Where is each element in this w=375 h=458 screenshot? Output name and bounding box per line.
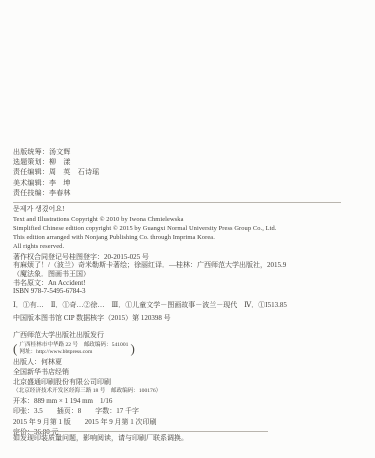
cip-classification: Ⅰ．①有… Ⅱ．①奇…②徐… Ⅲ．①儿童文学－图画故事－波兰－现代 Ⅳ．①I51… bbox=[13, 301, 287, 310]
cip-block: 有麻烦了！/（波兰）奇米勒斯卡著绘；徐丽红译．—桂林：广西师范大学出版社，201… bbox=[13, 261, 287, 323]
copyright-line-simplified-chinese: Simplified Chinese edition copyright © 2… bbox=[13, 224, 276, 233]
cip-isbn: ISBN 978-7-5495-6784-3 bbox=[13, 287, 287, 296]
copyright-line-all-rights-reserved: All rights reserved. bbox=[13, 242, 276, 251]
left-paren: ( bbox=[13, 341, 17, 357]
credit-line-publishing-coordinator: 出版统筹：汤文辉 bbox=[13, 147, 99, 157]
distribution-line: 全国新华书店经销 bbox=[13, 367, 161, 377]
copyright-block: 문제가 생겼어요! Text and Illustrations Copyrig… bbox=[13, 204, 276, 262]
publisher-address-group: ( 广西桂林市中华路 22 号 邮政编码：541001 网址：http://ww… bbox=[13, 341, 161, 357]
printer-line: 北京盛通印刷股份有限公司印刷 bbox=[13, 377, 161, 387]
publisher-website: 网址：http://www.bbtpress.com bbox=[19, 349, 128, 357]
publisher-line: 广西师范大学出版社出版发行 bbox=[13, 330, 161, 340]
sheets-line: 印张：3.5 插页：8 字数：17 千字 bbox=[13, 406, 161, 416]
cip-title-line: 有麻烦了！/（波兰）奇米勒斯卡著绘；徐丽红译．—桂林：广西师范大学出版社，201… bbox=[13, 261, 287, 270]
credits-block: 出版统筹：汤文辉 选题策划：柳 漾 责任编辑：周 英 石诗瑶 美术编辑：李 坤 … bbox=[13, 147, 99, 198]
divider-rule-bottom bbox=[13, 431, 268, 432]
printer-address: （北京经济技术开发区经海三路 18 号 邮政编码：100176） bbox=[13, 387, 161, 396]
copyright-page: 出版统筹：汤文辉 选题策划：柳 漾 责任编辑：周 英 石诗瑶 美术编辑：李 坤 … bbox=[0, 0, 375, 458]
publisher-address: 广西桂林市中华路 22 号 邮政编码：541001 bbox=[19, 342, 128, 350]
publisher-block: 广西师范大学出版社出版发行 ( 广西桂林市中华路 22 号 邮政编码：54100… bbox=[13, 330, 161, 437]
right-paren: ) bbox=[130, 341, 134, 357]
cip-series-line: （魔法象．图画书王国） bbox=[13, 270, 287, 279]
publisher-address-lines: 广西桂林市中华路 22 号 邮政编码：541001 网址：http://www.… bbox=[19, 342, 128, 357]
credit-line-project-planner: 选题策划：柳 漾 bbox=[13, 157, 99, 167]
credit-line-art-editor: 美术编辑：李 坤 bbox=[13, 178, 99, 188]
credit-line-responsible-editor: 责任编辑：周 英 石诗瑶 bbox=[13, 167, 99, 177]
publisher-person: 出版人：何林夏 bbox=[13, 357, 161, 367]
copyright-line-text-illustrations: Text and Illustrations Copyright © 2010 … bbox=[13, 215, 276, 224]
divider-rule-top bbox=[13, 202, 341, 203]
copyright-line-arrangement: This edition arranged with Nonjang Publi… bbox=[13, 233, 276, 242]
credit-line-technical-editor: 责任技编：李春林 bbox=[13, 188, 99, 198]
edition-line: 2015 年 9 月第 1 版 2015 年 9 月第 1 次印刷 bbox=[13, 417, 161, 427]
korean-original-title: 문제가 생겼어요! bbox=[13, 204, 276, 214]
cip-original-title: 书名原文：An Accident! bbox=[13, 279, 287, 288]
format-line: 开本：889 mm × 1 194 mm 1/16 bbox=[13, 396, 161, 406]
cip-record-number: 中国版本图书馆 CIP 数据核字（2015）第 120398 号 bbox=[13, 314, 287, 323]
quality-notice: 如发现印装质量问题，影响阅读，请与印刷厂联系调换。 bbox=[13, 433, 188, 443]
